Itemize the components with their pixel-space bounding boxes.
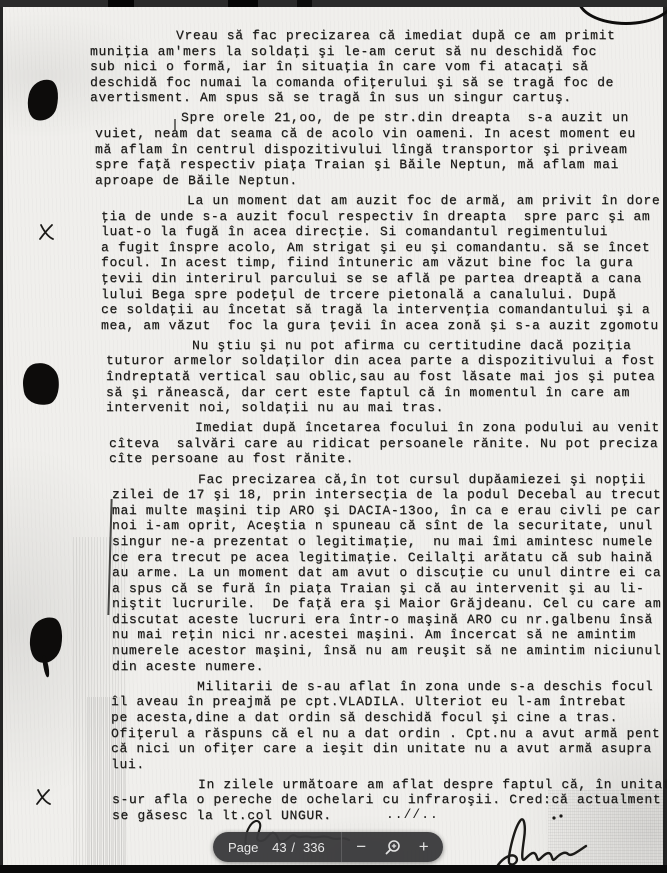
document-line: luat-o la fugă în acea direcţie. Si coma…: [101, 224, 656, 240]
ink-blob: [20, 361, 61, 408]
document-line: In zilele următoare am aflat despre fapt…: [112, 777, 656, 793]
document-line: a spus că se fură în piaţa Traian şi că …: [112, 581, 656, 597]
paragraph: Imediat după încetarea focului în zona p…: [109, 420, 656, 467]
typed-footer-mark: ..//..: [386, 807, 439, 822]
page-label: Page: [228, 840, 258, 855]
document-line: Nu ştiu şi nu pot afirma cu certitudine …: [106, 338, 656, 354]
document-line: că nici un ofiţer care a ieşit din unita…: [111, 741, 656, 757]
document-line: deschidă foc numai la comanda ofiţerului…: [90, 75, 656, 91]
bottom-bar: [0, 865, 667, 873]
page-total: 336: [303, 840, 325, 855]
ink-blob: [26, 615, 66, 666]
ink-blob: [23, 76, 62, 124]
document-line: avertisment. Am spus să se tragă în sus …: [90, 90, 656, 106]
document-line: numerele acestor maşini, însă nu am reuş…: [112, 643, 656, 659]
paragraph: Vreau să fac precizarea că imediat după …: [90, 28, 656, 106]
top-bar: [0, 0, 667, 7]
document-line: niştit lucrurile. De faţă era şi Maior G…: [112, 596, 656, 612]
minus-icon: −: [356, 835, 366, 859]
paragraph: Militarii de s-au aflat în zona unde s-a…: [111, 679, 656, 773]
document-line: ţevii din interirul parcului se se află …: [101, 271, 656, 287]
document-line: nu mai reţin nici nr.acestei maşini. Am …: [112, 627, 656, 643]
document-line: ce era trecut pe acea legitimaţie. Ceila…: [112, 550, 656, 566]
document-line: cîteva salvări care au ridicat persoanel…: [109, 436, 656, 452]
plus-icon: +: [419, 835, 429, 859]
document-line: îndreptată vertical sau oblic,sau au fos…: [106, 369, 656, 385]
document-line: să şi rănească, dar cert este faptul că …: [106, 385, 656, 401]
document-line: lului Bega spre podeţul de trcere pieton…: [101, 287, 656, 303]
document-line: mea, am văzut foc la gura ţevii în acea …: [101, 318, 656, 334]
document-text: Vreau să fac precizarea că imediat după …: [90, 28, 656, 828]
document-line: Ofiţerul a răspuns că el nu a dat ordin …: [111, 726, 656, 742]
document-line: lui.: [111, 757, 656, 773]
page-number-input[interactable]: [267, 840, 291, 855]
cut-off-mark: [108, 0, 134, 7]
document-line: discutat aceste lucruri era într-o maşin…: [112, 612, 656, 628]
document-line: Imediat după încetarea focului în zona p…: [109, 420, 656, 436]
pen-tick: [174, 119, 176, 130]
pdf-viewer-window: Vreau să fac precizarea că imediat după …: [0, 0, 667, 873]
document-line: Vreau să fac precizarea că imediat după …: [90, 28, 656, 44]
document-line: focul. In acest timp, fiind întuneric am…: [101, 255, 656, 271]
zoom-out-button[interactable]: −: [349, 835, 373, 859]
document-line: Fac precizarea că,în tot cursul dupăamie…: [112, 472, 656, 488]
magnifier-plus-icon: [384, 839, 401, 856]
document-line: intervenit noi, soldaţii nu au mai tras.: [106, 400, 656, 416]
document-line: din aceste numere.: [112, 659, 656, 675]
zoom-in-button[interactable]: +: [412, 835, 436, 859]
document-line: îl aveau în preajmă pe cpt.VLADILA. Ulte…: [111, 694, 656, 710]
document-line: Spre orele 21,oo, de pe str.din dreapta …: [95, 110, 656, 126]
document-line: a fugit înspre acolo, Am strigat şi eu ş…: [101, 240, 656, 256]
x-pen-mark: [38, 222, 56, 242]
page-separator: /: [291, 840, 295, 855]
document-line: singur ne-a prezentat o legitimaţie, nu …: [112, 534, 656, 550]
document-line: vuiet, neam dat seama că de acolo vin oa…: [95, 126, 656, 142]
paragraph: Spre orele 21,oo, de pe str.din dreapta …: [95, 110, 656, 188]
zoom-magnifier-button[interactable]: [381, 835, 405, 859]
zoom-controls: − +: [342, 835, 443, 859]
document-line: ţia de unde s-a auzit focul respectiv în…: [101, 209, 656, 225]
paragraph: La un moment dat am auzit foc de armă, a…: [101, 193, 656, 333]
document-line: ce soldaţii au încetat să tragă la inter…: [101, 302, 656, 318]
document-line: spre faţă respectiv piaţa Traian şi Băil…: [95, 157, 656, 173]
document-line: s-ur afla o pereche de ochelari cu infra…: [112, 792, 656, 808]
document-line: noi i-am oprit, Aceştia n spuneau că sîn…: [112, 518, 656, 534]
document-line: aproape de Băile Neptun.: [95, 173, 656, 189]
paragraph: Fac precizarea că,în tot cursul dupăamie…: [112, 472, 656, 675]
page-indicator: Page / 336: [213, 840, 341, 855]
cut-off-mark: [297, 0, 312, 7]
document-line: sub nici o formă, iar în situaţia în car…: [90, 59, 656, 75]
document-line: pe acesta,dine a dat ordin să deschidă f…: [111, 710, 656, 726]
cut-off-mark: [228, 0, 258, 7]
document-line: tuturor armelor soldaţilor din acea part…: [106, 353, 656, 369]
x-pen-mark: [35, 787, 53, 807]
document-line: muniţia am'mers la soldaţi şi le-am ceru…: [90, 44, 656, 60]
document-page[interactable]: Vreau să fac precizarea că imediat după …: [3, 7, 663, 865]
document-line: Militarii de s-au aflat în zona unde s-a…: [111, 679, 656, 695]
pdf-toolbar: Page / 336 − +: [213, 832, 443, 862]
signature-right: [486, 813, 590, 871]
document-line: zilei de 17 şi 18, prin intersecţia de l…: [112, 487, 656, 503]
document-line: La un moment dat am auzit foc de armă, a…: [101, 193, 656, 209]
paragraph: Nu ştiu şi nu pot afirma cu certitudine …: [106, 338, 656, 416]
document-line: mă aflam în centrul dispozitivului lîngă…: [95, 142, 656, 158]
document-line: au arme. La un moment dat am avut o disc…: [112, 565, 656, 581]
document-line: mai multe maşini tip ARO şi DACIA-13oo, …: [112, 503, 656, 519]
document-line: cîte persoane au fost rănite.: [109, 451, 656, 467]
